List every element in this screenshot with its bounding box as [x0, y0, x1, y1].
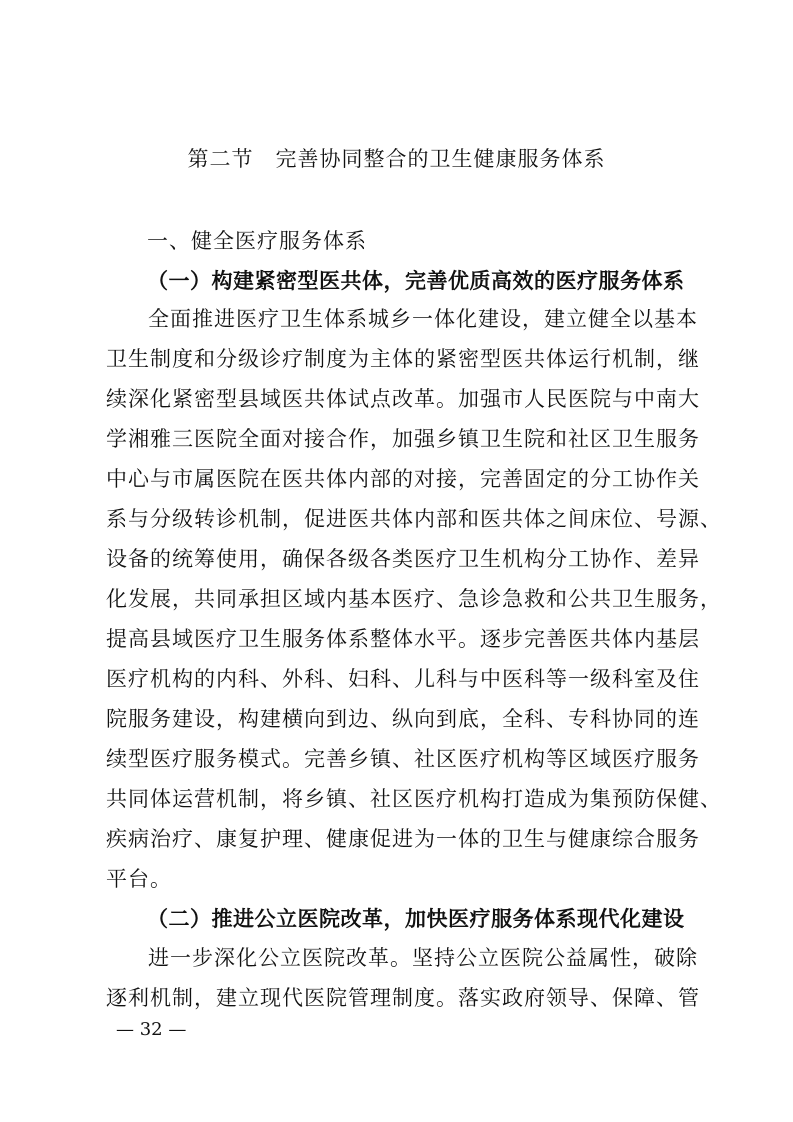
paragraph-line: 平台。 — [106, 859, 694, 899]
paragraph-line: 化发展，共同承担区域内基本医疗、急诊急救和公共卫生服务， — [106, 579, 694, 619]
paragraph-line: 医疗机构的内科、外科、妇科、儿科与中医科等一级科室及住 — [106, 659, 694, 699]
paragraph-line: 设备的统筹使用，确保各级各类医疗卫生机构分工协作、差异 — [106, 539, 694, 579]
paragraph-line: 系与分级转诊机制，促进医共体内部和医共体之间床位、号源、 — [106, 499, 694, 539]
paragraph-line: 进一步深化公立医院改革。坚持公立医院公益属性，破除 — [106, 938, 694, 978]
paragraph-line: 院服务建设，构建横向到边、纵向到底，全科、专科协同的连 — [106, 699, 694, 739]
section-title: 第二节 完善协同整合的卫生健康服务体系 — [0, 144, 793, 174]
paragraph-line: 卫生制度和分级诊疗制度为主体的紧密型医共体运行机制，继 — [106, 339, 694, 379]
page-number: — 32 — — [116, 1018, 186, 1042]
document-page: 第二节 完善协同整合的卫生健康服务体系 一、健全医疗服务体系 （一）构建紧密型医… — [0, 0, 793, 1122]
paragraph-line: 逐利机制，建立现代医院管理制度。落实政府领导、保障、管 — [106, 978, 694, 1018]
paragraph-line: 全面推进医疗卫生体系城乡一体化建设，建立健全以基本 — [106, 299, 694, 339]
subsection1-body: 全面推进医疗卫生体系城乡一体化建设，建立健全以基本 卫生制度和分级诊疗制度为主体… — [106, 299, 694, 899]
paragraph-line: 疾病治疗、康复护理、健康促进为一体的卫生与健康综合服务 — [106, 819, 694, 859]
subsection1-heading: （一）构建紧密型医共体，完善优质高效的医疗服务体系 — [147, 266, 685, 296]
paragraph-line: 续型医疗服务模式。完善乡镇、社区医疗机构等区域医疗服务 — [106, 739, 694, 779]
paragraph-line: 中心与市属医院在医共体内部的对接，完善固定的分工协作关 — [106, 459, 694, 499]
paragraph-line: 提高县域医疗卫生服务体系整体水平。逐步完善医共体内基层 — [106, 619, 694, 659]
paragraph-line: 共同体运营机制，将乡镇、社区医疗机构打造成为集预防保健、 — [106, 779, 694, 819]
subsection2-body: 进一步深化公立医院改革。坚持公立医院公益属性，破除 逐利机制，建立现代医院管理制… — [106, 938, 694, 1018]
paragraph-line: 学湘雅三医院全面对接合作，加强乡镇卫生院和社区卫生服务 — [106, 419, 694, 459]
paragraph-line: 续深化紧密型县域医共体试点改革。加强市人民医院与中南大 — [106, 379, 694, 419]
subsection2-heading: （二）推进公立医院改革，加快医疗服务体系现代化建设 — [147, 904, 685, 934]
heading-level1: 一、健全医疗服务体系 — [147, 226, 367, 256]
